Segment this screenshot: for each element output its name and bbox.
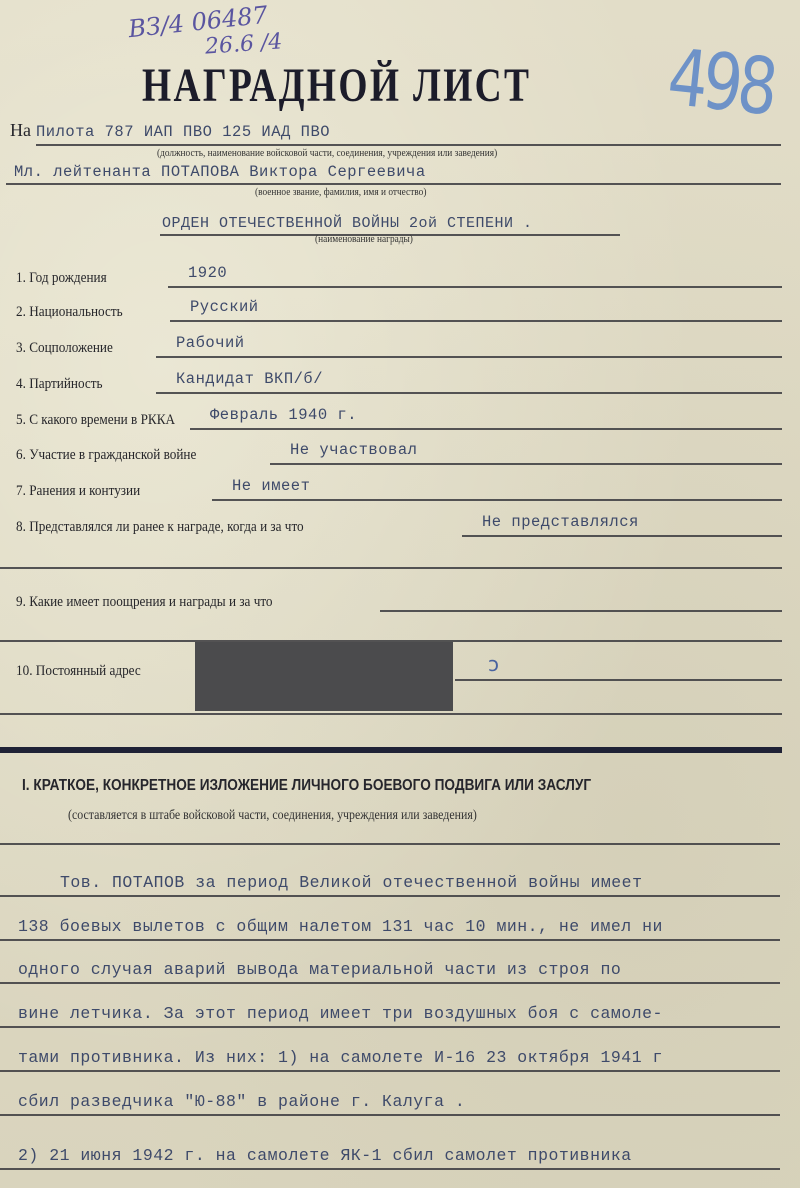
field-value: Кандидат ВКП/б/ [176,370,323,388]
award-value: ОРДЕН ОТЕЧЕСТВЕННОЙ ВОЙНЫ 2ой СТЕПЕНИ . [162,215,533,232]
field-label: 7. Ранения и контузии [16,483,140,500]
field-label: 8. Представлялся ли ранее к награде, ког… [16,519,304,536]
na-prefix: На [10,120,31,141]
field-value: Русский [190,298,259,316]
field-label: 1. Год рождения [16,270,107,287]
narrative-line: 138 боевых вылетов с общим налетом 131 ч… [18,917,663,936]
redacted-address [195,642,453,711]
field-label: 4. Партийность [16,376,103,393]
position-caption: (должность, наименование войсковой части… [157,147,497,159]
section-heading: I. КРАТКОЕ, КОНКРЕТНОЕ ИЗЛОЖЕНИЕ ЛИЧНОГО… [22,777,591,795]
field-label: 5. С какого времени в РККА [16,412,175,429]
narrative-line: 2) 21 июня 1942 г. на самолете ЯК-1 сбил… [18,1146,632,1165]
sheet-number-annotation: 498 [664,33,778,133]
position-value: Пилота 787 ИАП ПВО 125 ИАД ПВО [36,123,330,141]
field-label: 9. Какие имеет поощрения и награды и за … [16,594,273,611]
field-label: 6. Участие в гражданской войне [16,447,196,464]
narrative-line: тами противника. Из них: 1) на самолете … [18,1048,663,1067]
field-value: Рабочий [176,334,245,352]
name-value: Мл. лейтенанта ПОТАПОВА Виктора Сергееви… [14,163,426,181]
field-label: 3. Соцположение [16,340,113,357]
narrative-line: одного случая аварий вывода материальной… [18,960,621,979]
narrative-line: вине летчика. За этот период имеет три в… [18,1004,663,1023]
page-title: НАГРАДНОЙ ЛИСТ [142,58,531,113]
section-subheading: (составляется в штабе войсковой части, с… [68,808,477,824]
field-label: 2. Национальность [16,304,123,321]
name-caption: (военное звание, фамилия, имя и отчество… [255,186,426,198]
field-value: Не имеет [232,477,310,495]
field-value: 1920 [188,264,227,282]
field-label: 10. Постоянный адрес [16,663,141,680]
date-annotation: 26.6 /4 [204,29,283,59]
narrative-line: сбил разведчика "Ю-88" в районе г. Калуг… [18,1092,465,1111]
narrative-line: Тов. ПОТАПОВ за период Великой отечестве… [60,873,643,892]
ink-mark: ↄ [488,652,499,676]
field-value: Не участвовал [290,441,417,459]
award-caption: (наименование награды) [315,233,413,245]
field-value: Не представлялся [482,513,639,531]
field-value: Февраль 1940 г. [210,406,357,424]
section-divider [0,747,782,753]
